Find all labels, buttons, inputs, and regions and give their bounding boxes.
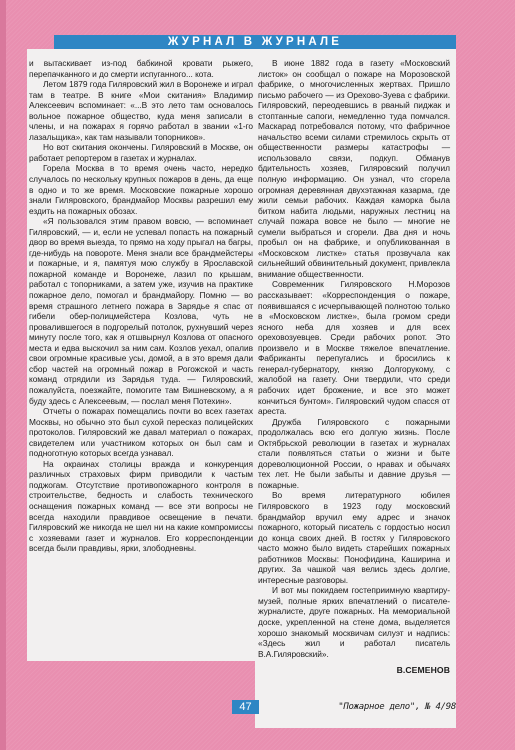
paragraph: Современник Гиляровского Н.Морозов расск… [258,279,450,416]
paragraph: Но вот скитания окончены. Гиляровский в … [29,142,253,163]
section-title: ЖУРНАЛ В ЖУРНАЛЕ [168,36,342,48]
paragraph: В июне 1882 года в газету «Московский ли… [258,58,450,279]
section-header: ЖУРНАЛ В ЖУРНАЛЕ [54,35,456,49]
page-edge [0,0,6,750]
paragraph: И вот мы покидаем гостеприимную квартиру… [258,585,450,659]
page-number: 47 [232,700,259,714]
paragraph: Отчеты о пожарах помещались почти во все… [29,406,253,459]
paragraph: и вытаскивает из-под бабкиной кровати ры… [29,58,253,79]
paragraph: «Я пользовался этим правом вовсю, — вспо… [29,216,253,406]
paragraph: На окраинах столицы вражда и конкуренция… [29,459,253,554]
paragraph: Летом 1879 года Гиляровский жил в Вороне… [29,79,253,142]
article-left-column: и вытаскивает из-под бабкиной кровати ры… [29,58,253,554]
paragraph: Горела Москва в то время очень часто, не… [29,163,253,216]
publication-source: "Пожарное дело", № 4/98 [330,702,456,712]
paragraph: Дружба Гиляровского с пожарными продолжа… [258,417,450,491]
author-byline: В.СЕМЕНОВ [258,665,450,676]
article-right-column: В июне 1882 года в газету «Московский ли… [255,49,456,721]
paragraph: Во время литературного юбилея Гиляровско… [258,490,450,585]
